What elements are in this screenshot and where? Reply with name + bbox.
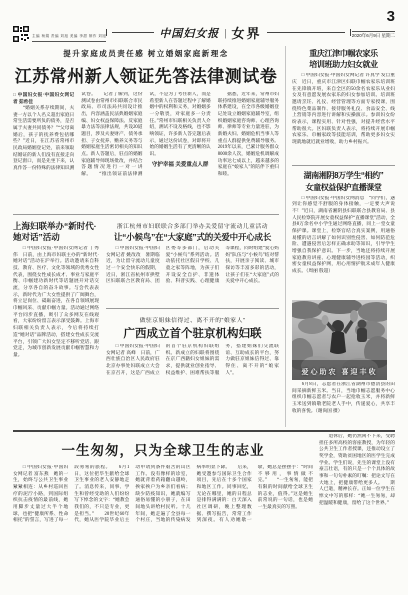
newspaper-page: 主编 杨娟 责编 刘旭 美编 李甜 制作 刘旭 中国妇女报 | 女界 3 202…: [0, 0, 408, 595]
hangzhou-article-body: □ 中国妇女报·中国妇女网记者 姚改改 暑期临近，为让留守流动儿童度过一个安全快…: [106, 246, 279, 304]
header-right: 3 2020年6月9日 星期二: [351, 9, 395, 42]
page-number: 3: [351, 9, 395, 24]
bottom-section-rule: [13, 430, 395, 432]
header-left: 主编 杨娟 责编 刘旭 美编 李甜 制作 刘旭: [13, 26, 106, 42]
chongqing-headline-line1: 重庆江津巾帼农家乐: [292, 48, 395, 59]
bottom-section: 一生匆匆，只为全球卫生的志业 □ 中国妇女报·中国妇女网记者 富东燕 她的一生，…: [0, 434, 408, 587]
news-photo-corn-harvest: 爱心助农 喜迎丰收: [292, 300, 387, 380]
section-title: 女界: [232, 23, 262, 42]
hangzhou-article: 浙江杭州市妇联联合多部门举办关爱留守流动儿童活动 让“小候鸟”在“大家庭”式的关…: [106, 219, 279, 304]
hunan-headline-line2: 女童权益保护直播课堂: [292, 182, 395, 193]
shanghai-article: 上海妇联举办“新时代·她对话”活动 □ 中国妇女报·中国妇女网记者 丁秀伟 日前…: [13, 219, 99, 427]
hangzhou-article-kicker: 浙江杭州市妇联联合多部门举办关爱留守流动儿童活动: [106, 221, 279, 230]
chongqing-headline-line2: 培训班助力妇女就业: [292, 59, 395, 70]
hunan-headline-line1: 湖南湘阴8万学生“相约”: [292, 170, 395, 181]
masthead-divider: |: [224, 27, 226, 39]
right-sidebar: 重庆江津巾帼农家乐 培训班助力妇女就业 □ 中国妇女报·中国妇女网记者 许真学 …: [285, 46, 395, 427]
guangxi-article: 做驻京姐妹信得过、离不开的“娘家人” 广西成立首个驻京机构妇联 □ 中国妇女报·…: [106, 313, 279, 392]
feature-article-body: □ 中国妇女报·中国妇女网记者 富东燕 她的一生，始终与公共卫生事业紧紧相连：从…: [13, 465, 313, 587]
rule-tick-left: [106, 29, 107, 36]
chongqing-article-body: □ 中国妇女报·中国妇女网记者 许真学 发自重庆 近日，重庆市江津区妇联巾帼农家…: [292, 73, 395, 161]
boxed-articles: 浙江杭州市妇联联合多部门举办关爱留守流动儿童活动 让“小候鸟”在“大家庭”式的关…: [106, 219, 279, 427]
photo-caption: 6月8日，志愿者在浙江省湖州市德清县的田间采摘新鲜玉米。当日，当地巾帼志愿服务中…: [292, 382, 395, 424]
lead-article-headline: 江苏常州新人领证先答法律测试卷: [13, 62, 279, 87]
hunan-article-body: □ 中国妇女报·中国妇女网消息 “同学们，遇到让你感觉不舒服的身体接触，一定要大…: [292, 196, 395, 296]
chongqing-article-headline: 重庆江津巾帼农家乐 培训班助力妇女就业: [292, 48, 395, 70]
page-header: 主编 杨娟 责编 刘旭 美编 李甜 制作 刘旭 中国妇女报 | 女界 3 202…: [13, 14, 395, 42]
guangxi-article-headline: 广西成立首个驻京机构妇联: [106, 325, 279, 341]
masthead-rule-left: [112, 32, 154, 33]
masthead-rule-right: [267, 32, 345, 33]
lead-article-paragraphs-2: 据悉，近年来，常州市妇联持续推进婚姻家庭辅导服务体系建设，在全市各级婚姻登记处设…: [218, 92, 279, 179]
lead-article-kicker: 提升家庭成员责任感 树立婚姻家庭新理念: [13, 48, 279, 59]
masthead-block: 中国妇女报 | 女界: [106, 23, 350, 42]
masthead-title: 中国妇女报: [159, 25, 219, 41]
lead-article-body: □ 中国妇女报·中国妇女网记者 茹希佳 “婚姻关系存续期间，夫妻一方以个人名义超…: [13, 92, 279, 210]
feature-article: 一生匆匆，只为全球卫生的志业 □ 中国妇女报·中国妇女网记者 富东燕 她的一生，…: [13, 434, 313, 587]
hangzhou-article-headline: 让“小候鸟”在“大家庭”式的关爱中开心成长: [106, 231, 279, 243]
section-rule: [13, 214, 279, 215]
shanghai-article-body: □ 中国妇女报·中国妇女网记者 丁秀伟 日前，由上海市妇联主办的“新时代·她对话…: [13, 246, 99, 418]
guangxi-article-body: □ 中国妇女报·中国妇女网记者 高峰 日前，广西壮族自治区人民政府驻北京办事处妇…: [106, 344, 279, 392]
qr-code-icon: [13, 26, 29, 42]
content-top: 提升家庭成员责任感 树立婚姻家庭新理念 江苏常州新人领证先答法律测试卷 □ 中国…: [0, 46, 408, 427]
page-date: 2020年6月9日 星期二: [352, 31, 395, 39]
main-column: 提升家庭成员责任感 树立婚姻家庭新理念 江苏常州新人领证先答法律测试卷 □ 中国…: [13, 46, 279, 427]
photo-overlay-title: 爱心助农 喜迎丰收: [292, 367, 387, 377]
feature-article-headline: 一生匆匆，只为全球卫生的志业: [13, 439, 313, 459]
hunan-article-headline: 湖南湘阴8万学生“相约” 女童权益保护直播课堂: [292, 170, 395, 192]
lead-article-crosshead: 守护幸福 关爱重点人群: [150, 162, 211, 170]
feature-article-body-right: 退休后，她仍然闲不下来，受聘担任多所高校的客座教授，为年轻的公共卫生工作者授课，…: [319, 434, 395, 584]
staff-credits: 主编 杨娟 责编 刘旭 美编 李甜 制作 刘旭: [32, 34, 106, 42]
middle-band: 上海妇联举办“新时代·她对话”活动 □ 中国妇女报·中国妇女网记者 丁秀伟 日前…: [13, 219, 279, 427]
box-divider-rule: [106, 308, 279, 309]
guangxi-article-kicker: 做驻京姐妹信得过、离不开的“娘家人”: [106, 315, 279, 324]
shanghai-article-headline: 上海妇联举办“新时代·她对话”活动: [13, 221, 99, 243]
sidebar-rule: [292, 165, 395, 166]
lead-article-byline: □ 中国妇女报·中国妇女网记者 茹希佳: [13, 92, 74, 106]
